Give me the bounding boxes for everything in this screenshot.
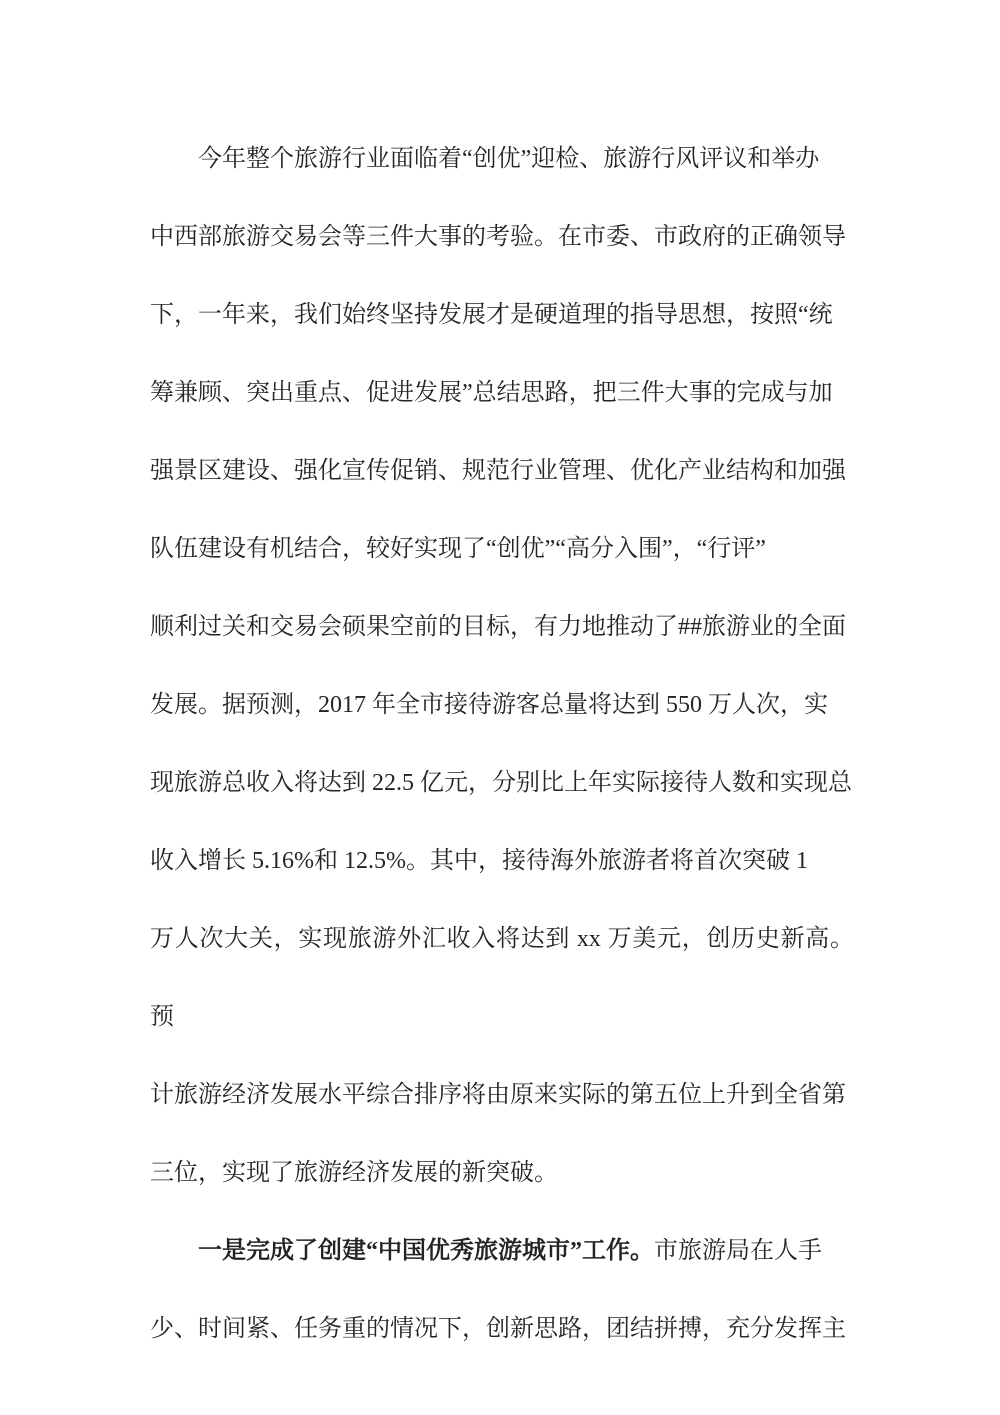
bold-lead-sentence: 一是完成了创建“中国优秀旅游城市”工作。 <box>198 1238 654 1264</box>
document-body-text: 今年整个旅游行业面临着“创优”迎检、旅游行风评议和举办 中西部旅游交易会等三件大… <box>150 120 854 1368</box>
paragraph-achievement: 一是完成了创建“中国优秀旅游城市”工作。市旅游局在人手 少、时间紧、任务重的情况… <box>150 1212 854 1368</box>
paragraph-achievement-line-1: 一是完成了创建“中国优秀旅游城市”工作。市旅游局在人手 <box>150 1212 854 1290</box>
paragraph-overview: 今年整个旅游行业面临着“创优”迎检、旅游行风评议和举办 中西部旅游交易会等三件大… <box>150 120 854 1212</box>
paragraph-achievement-line-1-rest: 市旅游局在人手 <box>654 1238 822 1264</box>
document-page: 今年整个旅游行业面临着“创优”迎检、旅游行风评议和举办 中西部旅游交易会等三件大… <box>0 0 1000 1415</box>
paragraph-achievement-line-2: 少、时间紧、任务重的情况下，创新思路，团结拼搏，充分发挥主 <box>150 1290 854 1368</box>
